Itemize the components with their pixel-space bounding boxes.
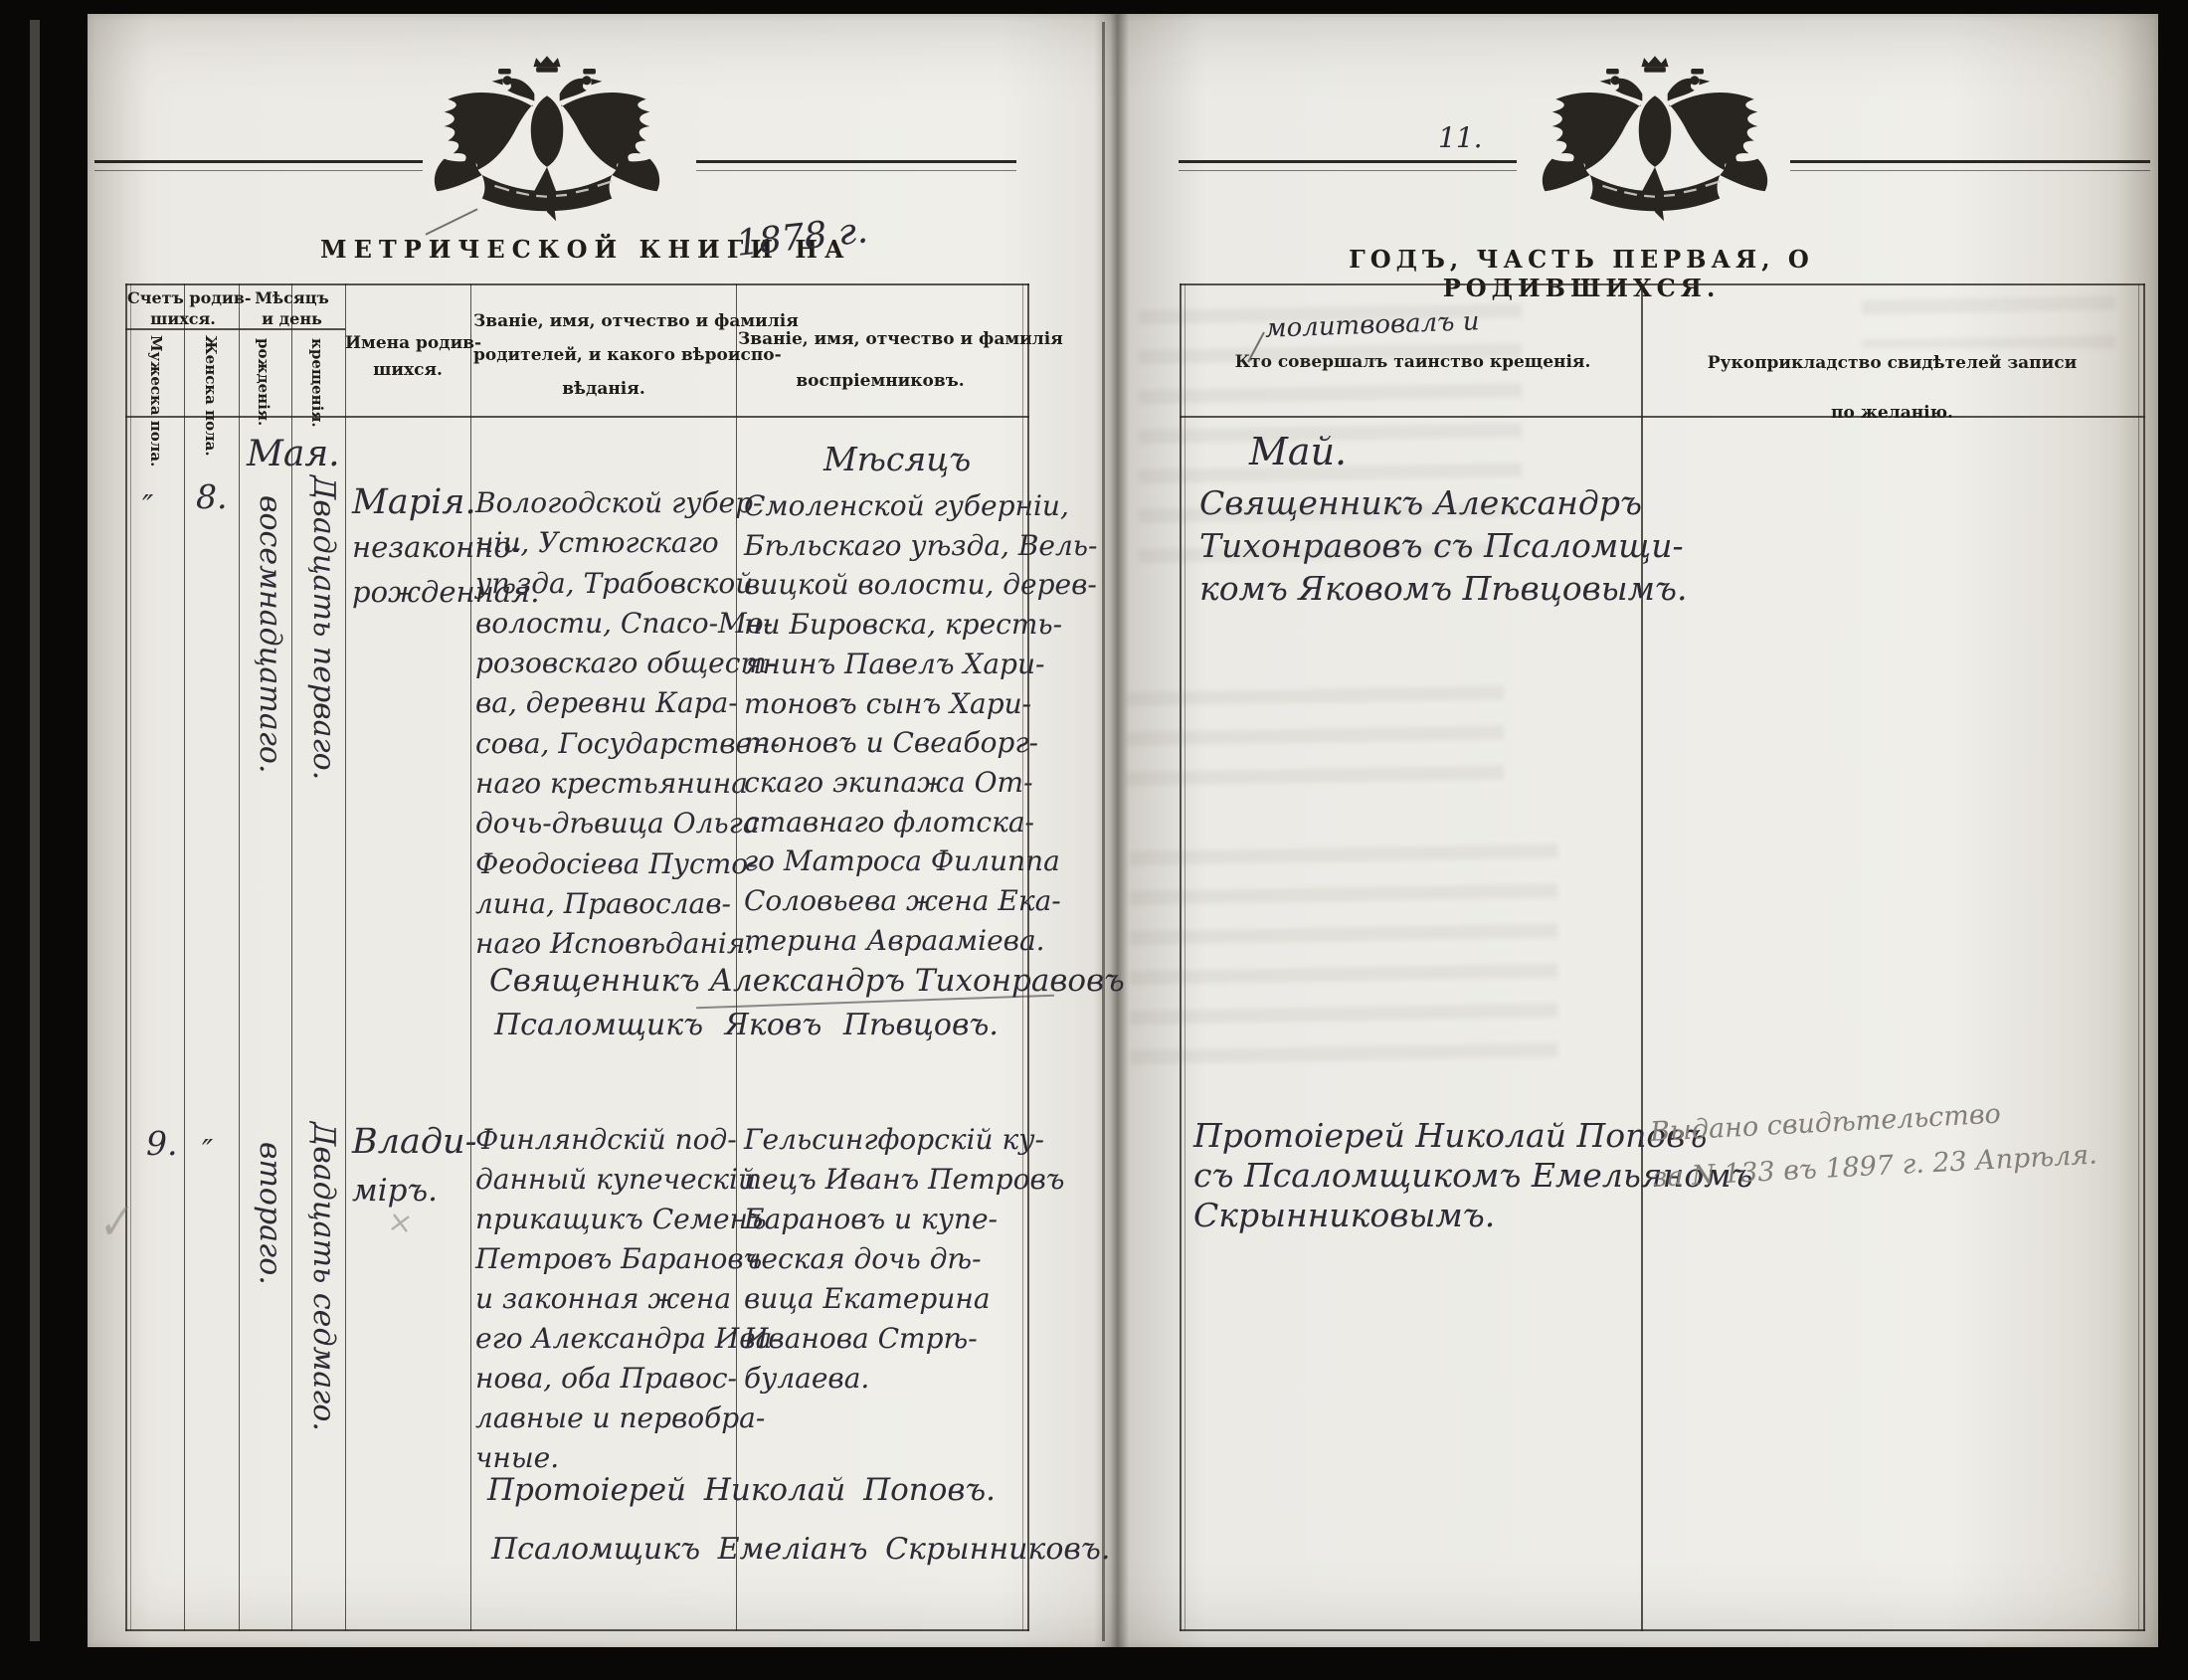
- male-count: ″: [142, 489, 153, 524]
- table-line: [345, 283, 346, 1631]
- female-count: ″: [202, 1134, 213, 1169]
- table-line: [130, 283, 131, 1631]
- parents-entry: Вологодской губер-ніи, Устюгскагоуѣзда, …: [475, 483, 780, 965]
- table-line: [291, 283, 292, 1631]
- binding-gutter-line: [1102, 22, 1105, 1641]
- ink-bleedthrough: [1126, 682, 1504, 790]
- table-line: [239, 283, 240, 1631]
- right-page-title: ГОДЪ, ЧАСТЬ ПЕРВАЯ, О РОДИВШИХСЯ.: [1233, 245, 1929, 302]
- psalmist-signature: Псаломщикъ Емеліанъ Скрынниковъ.: [491, 1532, 1110, 1567]
- priest-signature: Священникъ Александръ Тихонравовъ: [489, 963, 1125, 999]
- female-count: 8.: [196, 477, 228, 516]
- month-heading: Мая.: [247, 434, 340, 474]
- baptism-day: Двадцать перваго.: [306, 475, 341, 780]
- priest-signature: Протоіерей Николай Поповъ.: [487, 1472, 996, 1508]
- birth-day: восемнадцатаго.: [253, 495, 287, 774]
- godparents-entry: Смоленской губерніи,Бѣльскаго уѣзда, Вел…: [744, 486, 1098, 960]
- top-rule: [94, 160, 423, 171]
- header-witness-label: Рукоприкладство свидѣтелей записипо жела…: [1646, 338, 2138, 438]
- pencil-cross-mark: ×: [386, 1204, 416, 1241]
- header-parents-label: Званіе, имя, отчество и фамиліяродителей…: [473, 304, 734, 406]
- month-heading: Май.: [1249, 430, 1347, 473]
- page-edge-sliver: [30, 20, 40, 1641]
- imperial-eagle-stamp-left: [412, 44, 682, 229]
- metrical-book-scan: МЕТРИЧЕСКОЙ КНИГИ НА 1878 г. ГОДЪ, ЧАСТЬ…: [0, 0, 2188, 1680]
- child-name: Влади-міръ.: [352, 1118, 476, 1215]
- header-names-label: Имена родив-шихся.: [345, 330, 470, 384]
- psalmist-signature: Псаломщикъ Яковъ Пѣвцовъ.: [494, 1008, 999, 1042]
- header-count-label: Счетъ родив-шихся.: [127, 287, 239, 329]
- table-line: [2143, 283, 2145, 1631]
- table-line: [125, 283, 1029, 285]
- header-month-label: Мѣсяцъи день: [239, 287, 345, 329]
- ink-bleedthrough: [1130, 841, 1557, 1078]
- male-count: 9.: [146, 1124, 178, 1163]
- header-godparents-label: Званіе, имя, отчество и фамиліявоспріемн…: [738, 318, 1022, 402]
- parents-entry: Финляндскій под-данный купеческійприкащи…: [475, 1120, 782, 1478]
- birth-day: втораго.: [253, 1142, 287, 1285]
- table-line: [184, 283, 185, 1631]
- top-rule: [696, 160, 1016, 171]
- top-rule: [1790, 160, 2150, 171]
- header-birthday-label: рожденія.: [255, 338, 273, 426]
- page-number: 11.: [1438, 121, 1483, 154]
- header-female-label: Женска пола.: [202, 335, 220, 457]
- top-rule: [1179, 160, 1517, 171]
- imperial-eagle-stamp-right: [1520, 44, 1790, 229]
- table-line: [1180, 283, 2145, 285]
- baptism-day: Двадцать седмаго.: [306, 1122, 341, 1431]
- table-line: [1180, 1629, 2145, 1631]
- header-baptismday-label: крещенія.: [308, 338, 326, 428]
- table-line: [2138, 283, 2139, 1631]
- baptism-performed-entry: Священникъ АлександръТихонравовъ съ Псал…: [1199, 481, 1688, 610]
- godparents-month-word: Мѣсяцъ: [823, 440, 971, 478]
- header-male-label: Мужеска пола.: [147, 335, 165, 467]
- table-line: [125, 1629, 1029, 1631]
- ink-bleedthrough: [1862, 290, 2115, 348]
- godparents-entry: Гельсингфорскій ку-пецъ Иванъ ПетровъБар…: [744, 1120, 1064, 1399]
- table-line: [125, 283, 127, 1631]
